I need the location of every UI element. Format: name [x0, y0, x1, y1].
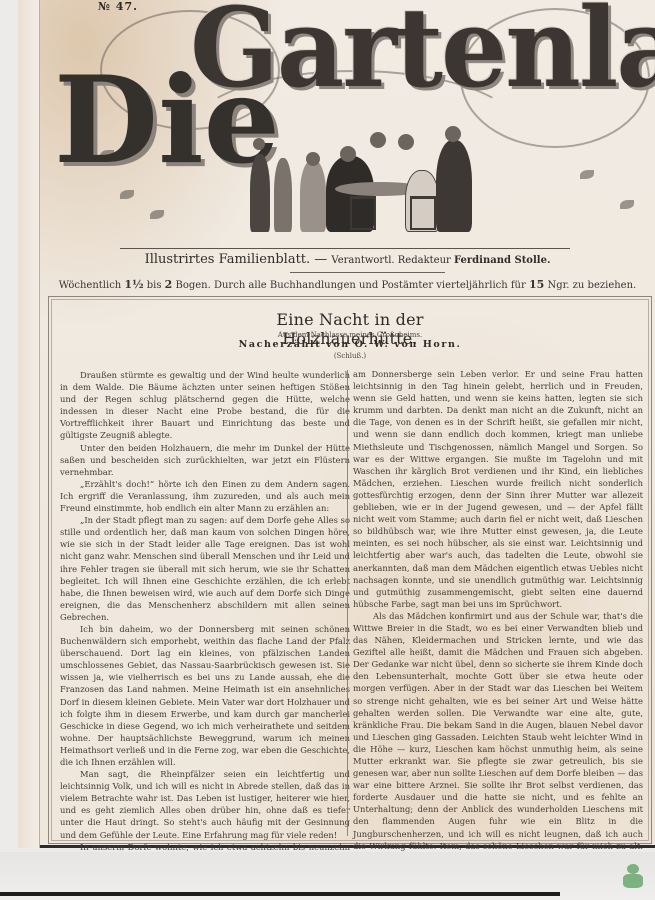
- figure-head: [253, 138, 265, 150]
- paragraph: Als das Mädchen konfirmirt und aus der S…: [353, 610, 643, 888]
- library-stamp-icon: [621, 862, 645, 892]
- masthead-title: Gartenlaube.: [190, 0, 655, 112]
- paragraph: „In der Stadt pflegt man zu sagen: auf d…: [60, 514, 350, 623]
- subscription-text: Wöchentlich: [59, 280, 125, 291]
- leaf-ornament: [580, 170, 594, 179]
- paragraph: Man sagt, die Rheinpfälzer seien ein lei…: [60, 768, 350, 841]
- column-divider: [347, 370, 348, 836]
- tagline-editor-name: Ferdinand Stolle.: [454, 255, 550, 266]
- figure-head: [445, 126, 461, 142]
- page-shadow-line: [0, 892, 560, 896]
- figure-person: [436, 140, 472, 232]
- subscription-text: Bogen. Durch alle Buchhandlungen und Pos…: [172, 280, 529, 291]
- page-binding-edge: [18, 0, 40, 848]
- subscription-text: Ngr. zu beziehen.: [544, 280, 636, 291]
- paragraph: am Donnersberge sein Leben verlor. Er un…: [353, 368, 643, 610]
- tagline-main: Illustrirtes Familienblatt.: [145, 252, 311, 267]
- figure-head: [340, 146, 356, 162]
- leaf-ornament: [150, 210, 164, 219]
- article-column-left: Draußen stürmte es gewaltig und der Wind…: [60, 369, 350, 865]
- paragraph: Ich bin daheim, wo der Donnersberg mit s…: [60, 623, 350, 768]
- paragraph: Unter den beiden Holzhauern, die mehr im…: [60, 442, 350, 478]
- article-author: Nacherzählt von O. W. von Horn.: [230, 339, 470, 350]
- masthead-rule: [120, 248, 570, 249]
- chair: [350, 196, 376, 230]
- issue-number: № 47.: [98, 0, 138, 13]
- article-column-right: am Donnersberge sein Leben verlor. Er un…: [353, 368, 643, 888]
- masthead: Die Gartenlaube. № 47.: [40, 0, 655, 238]
- tagline: Illustrirtes Familienblatt. — Verantwort…: [40, 252, 655, 267]
- figure-person: [274, 158, 292, 232]
- leaf-ornament: [620, 200, 634, 209]
- figure-head: [370, 132, 386, 148]
- leaf-ornament: [120, 190, 134, 199]
- chair: [410, 196, 436, 230]
- masthead-illustration: [240, 120, 510, 232]
- figure-head: [306, 152, 320, 166]
- article-source: Aus dem Nachlasse meines Großoheims.: [230, 331, 470, 339]
- tagline-dash: —: [310, 252, 331, 267]
- article-continuation-note: (Schluß.): [230, 352, 470, 360]
- tagline-subrule: [290, 272, 445, 273]
- paragraph: „Erzählt's doch!“ hörte ich den Einen zu…: [60, 478, 350, 514]
- subscription-sheets: 1½: [124, 278, 143, 291]
- subscription-price: 15: [529, 278, 544, 291]
- figure-head: [398, 134, 414, 150]
- tagline-editor-label: Verantwortl. Redakteur: [331, 255, 454, 266]
- subscription-text: bis: [144, 280, 165, 291]
- paragraph: Draußen stürmte es gewaltig und der Wind…: [60, 369, 350, 442]
- subscription-info: Wöchentlich 1½ bis 2 Bogen. Durch alle B…: [40, 278, 655, 291]
- figure-person: [250, 154, 270, 232]
- figure-person: [300, 160, 326, 232]
